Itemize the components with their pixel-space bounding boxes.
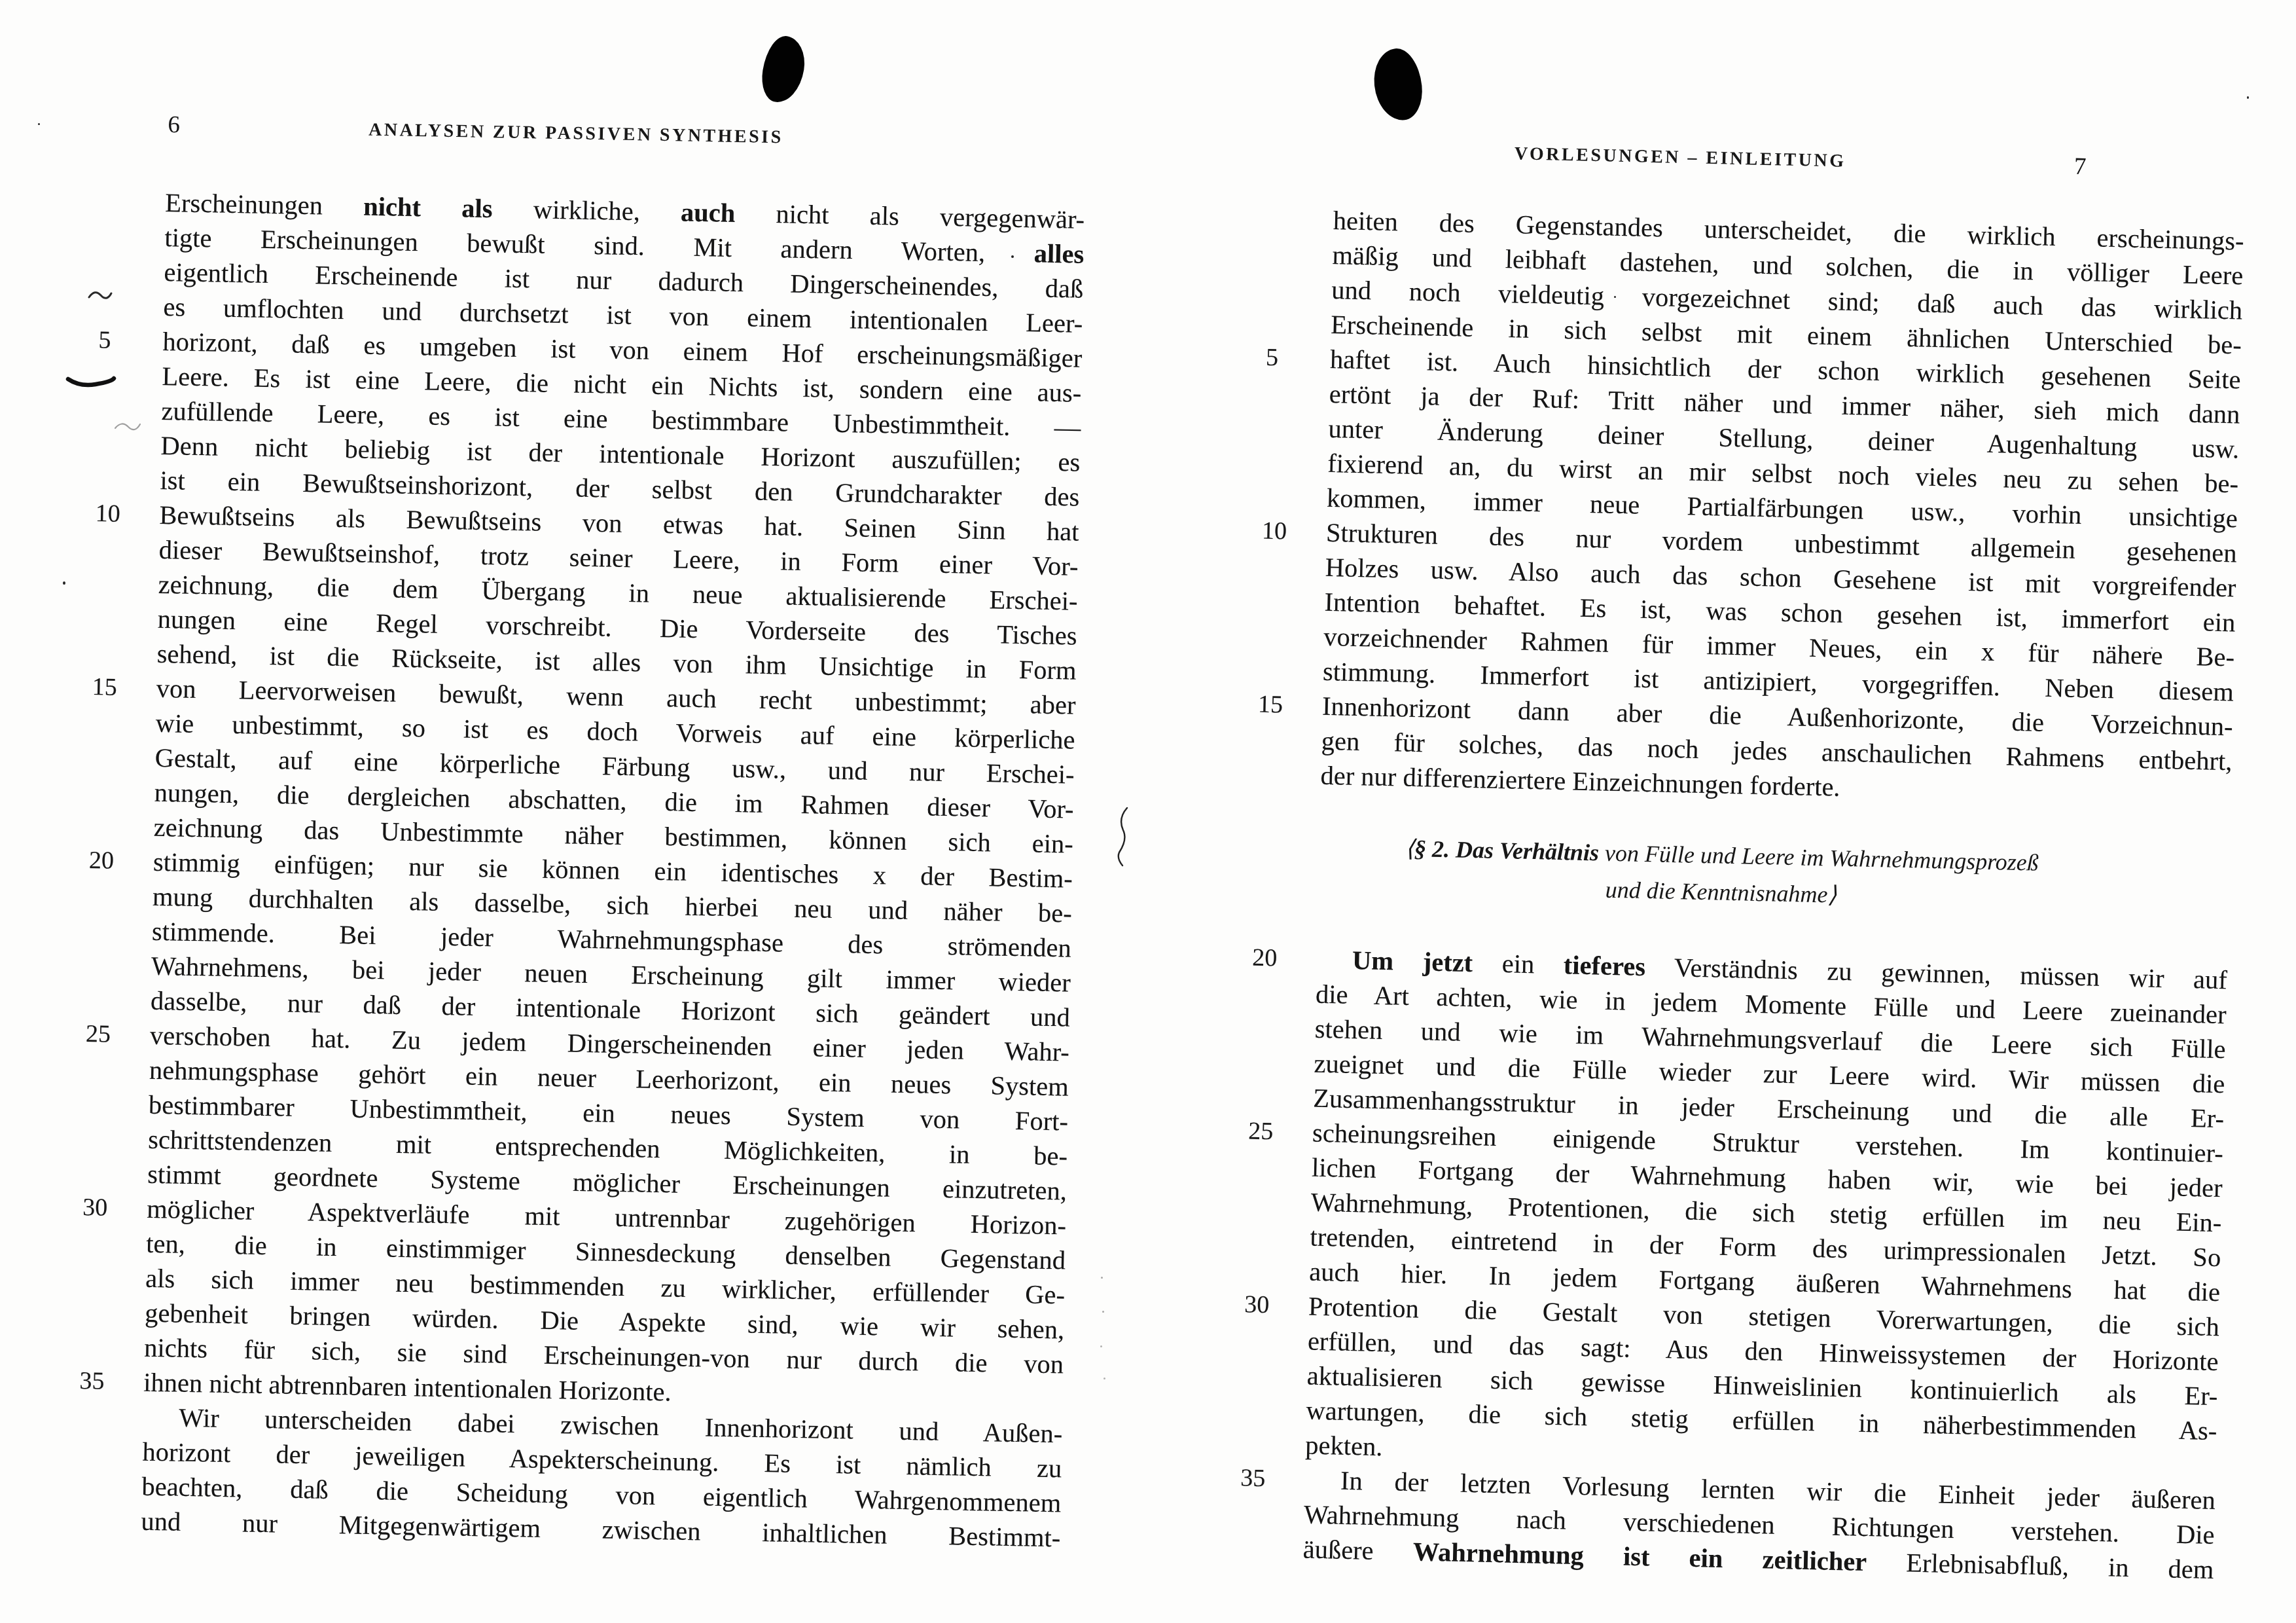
ink-blot-right xyxy=(1371,46,1425,123)
right-text-column-top: heiten des Gegenstandes unterscheidet, d… xyxy=(1320,203,2244,813)
running-head-left: ANALYSEN ZUR PASSIVEN SYNTHESIS xyxy=(116,115,1035,153)
line-number: 20 xyxy=(88,843,141,879)
line-number: 15 xyxy=(1257,687,1310,723)
gutter-squiggle-mark xyxy=(1113,805,1139,877)
ink-speck xyxy=(1103,1377,1105,1379)
line-number: 5 xyxy=(1265,340,1318,376)
right-page: VORLESUNGEN – EINLEITUNG 7 heiten des Ge… xyxy=(1302,128,2246,1587)
page-number-right: 7 xyxy=(2073,153,2086,181)
line-number: 10 xyxy=(1261,514,1314,550)
ink-speck xyxy=(1100,1345,1102,1347)
ink-speck xyxy=(63,581,65,585)
line-number: 30 xyxy=(82,1190,135,1226)
ink-speck xyxy=(2247,96,2249,99)
running-head-right: VORLESUNGEN – EINLEITUNG xyxy=(1225,137,2136,179)
line-number: 10 xyxy=(95,496,148,532)
line-number: 35 xyxy=(1240,1461,1293,1497)
section-heading: ⟨§ 2. Das Verhältnis von Fülle und Leere… xyxy=(1265,827,2178,921)
ink-speck xyxy=(38,123,40,125)
book-scan-spread: { "left_page": { "page_number": "6", "ru… xyxy=(0,0,2296,1623)
ink-speck xyxy=(1102,1311,1104,1313)
left-page: 6 ANALYSEN ZUR PASSIVEN SYNTHESIS Ersche… xyxy=(141,108,1086,1555)
line-number: 15 xyxy=(92,670,145,705)
pencil-mark-tilde xyxy=(86,287,120,306)
right-text-column-bottom: 35In der letzten Vorlesung lernten wir d… xyxy=(1302,1462,2215,1587)
ink-blot-left xyxy=(758,33,808,105)
ink-speck xyxy=(1101,1277,1103,1279)
line-number: 20 xyxy=(1252,940,1305,976)
line-number: 25 xyxy=(86,1017,139,1052)
line-number: 25 xyxy=(1248,1114,1301,1150)
line-number: 30 xyxy=(1244,1287,1297,1323)
line-number: 35 xyxy=(79,1364,132,1399)
pencil-mark-dash xyxy=(65,370,117,391)
pencil-mark-faint-tilde xyxy=(113,419,149,437)
left-text-column: Erscheinungen nicht als wirkliche, auch … xyxy=(141,185,1085,1555)
right-text-column-middle: 20Um jetzt ein tieferes Verständnis zu g… xyxy=(1305,942,2228,1483)
line-number: 5 xyxy=(98,323,151,358)
